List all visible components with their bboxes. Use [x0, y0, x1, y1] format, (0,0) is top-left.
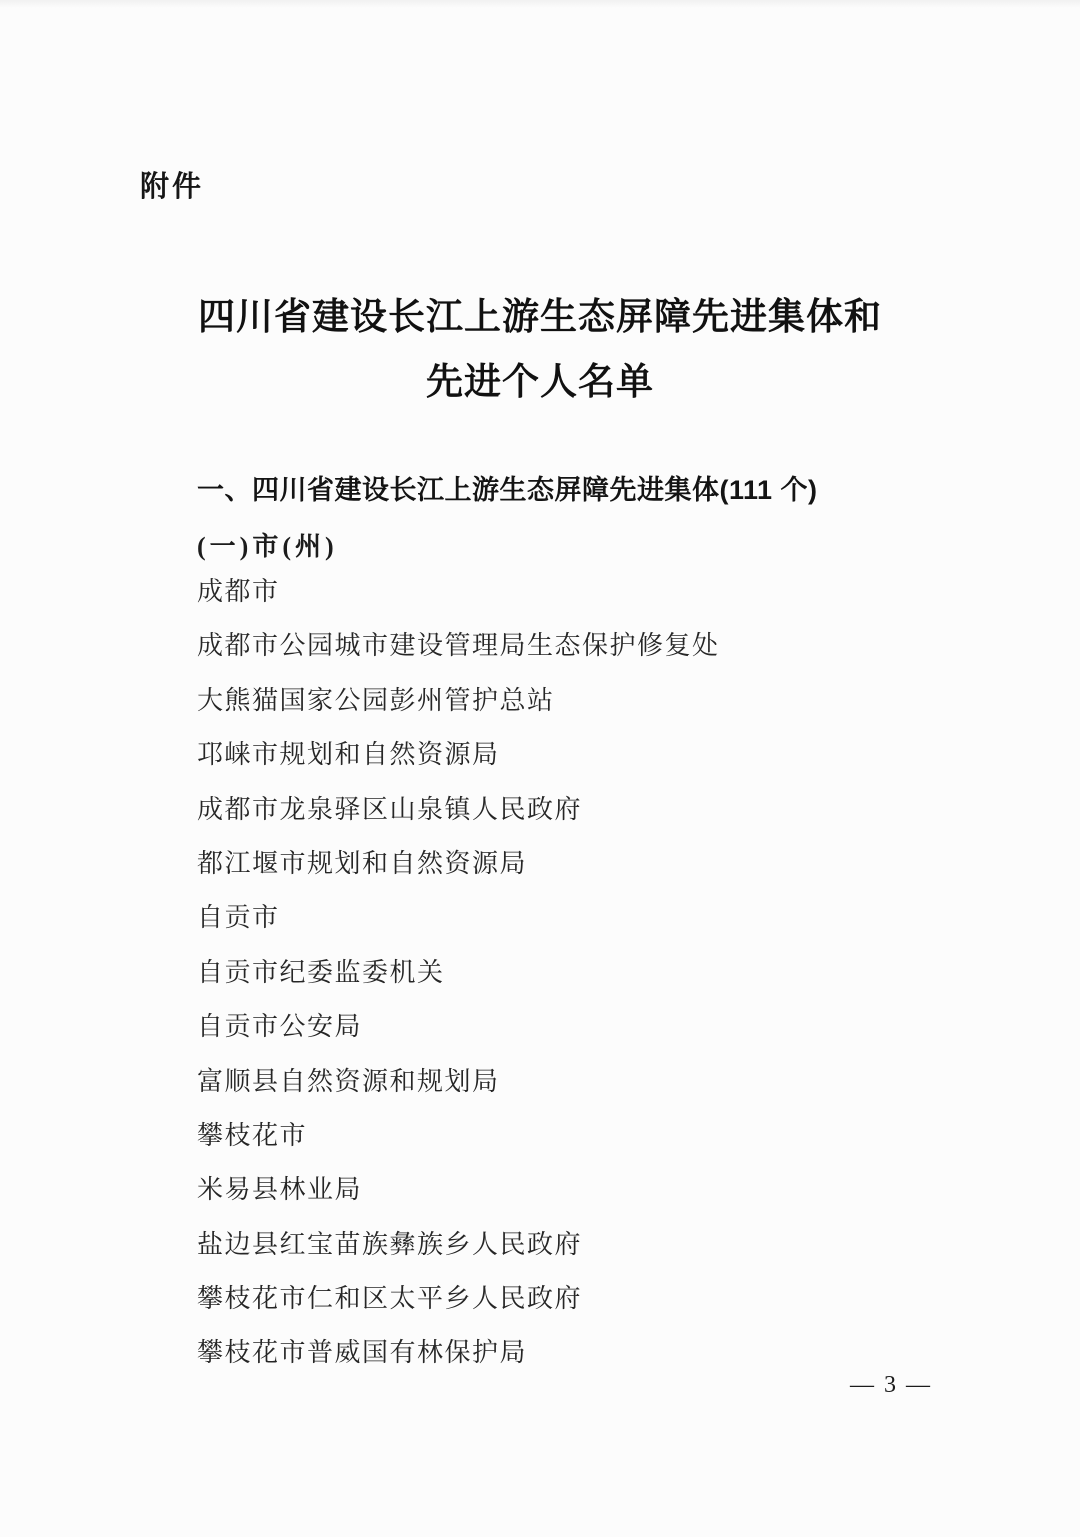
list-item: 米易县林业局 [197, 1163, 980, 1217]
attachment-label: 附件 [140, 164, 204, 205]
list-item: 自贡市公安局 [197, 1000, 980, 1054]
list-item: 邛崃市规划和自然资源局 [197, 728, 980, 782]
document-title-line1: 四川省建设长江上游生态屏障先进集体和 [0, 286, 1080, 340]
document-page: 附件 四川省建设长江上游生态屏障先进集体和 先进个人名单 一、四川省建设长江上游… [0, 0, 1080, 1537]
section-heading-advanced-collectives: 一、四川省建设长江上游生态屏障先进集体(111 个) [197, 468, 818, 507]
list-item: 攀枝花市 [197, 1109, 980, 1163]
list-item: 成都市公园城市建设管理局生态保护修复处 [197, 619, 980, 673]
document-title-line2: 先进个人名单 [0, 351, 1080, 405]
list-item: 攀枝花市仁和区太平乡人民政府 [197, 1272, 980, 1326]
list-item: 成都市龙泉驿区山泉镇人民政府 [197, 783, 980, 837]
list-item: 盐边县红宝苗族彝族乡人民政府 [197, 1218, 980, 1272]
page-number: — 3 — [850, 1372, 932, 1399]
organization-list: 成都市 成都市公园城市建设管理局生态保护修复处 大熊猫国家公园彭州管护总站 邛崃… [197, 565, 980, 1381]
list-item: 富顺县自然资源和规划局 [197, 1055, 980, 1109]
list-item: 大熊猫国家公园彭州管护总站 [197, 674, 980, 728]
subsection-heading-cities-prefectures: (一)市(州) [197, 526, 338, 563]
list-item: 成都市 [197, 565, 980, 619]
list-item: 自贡市 [197, 891, 980, 945]
list-item: 都江堰市规划和自然资源局 [197, 837, 980, 891]
list-item: 自贡市纪委监委机关 [197, 946, 980, 1000]
